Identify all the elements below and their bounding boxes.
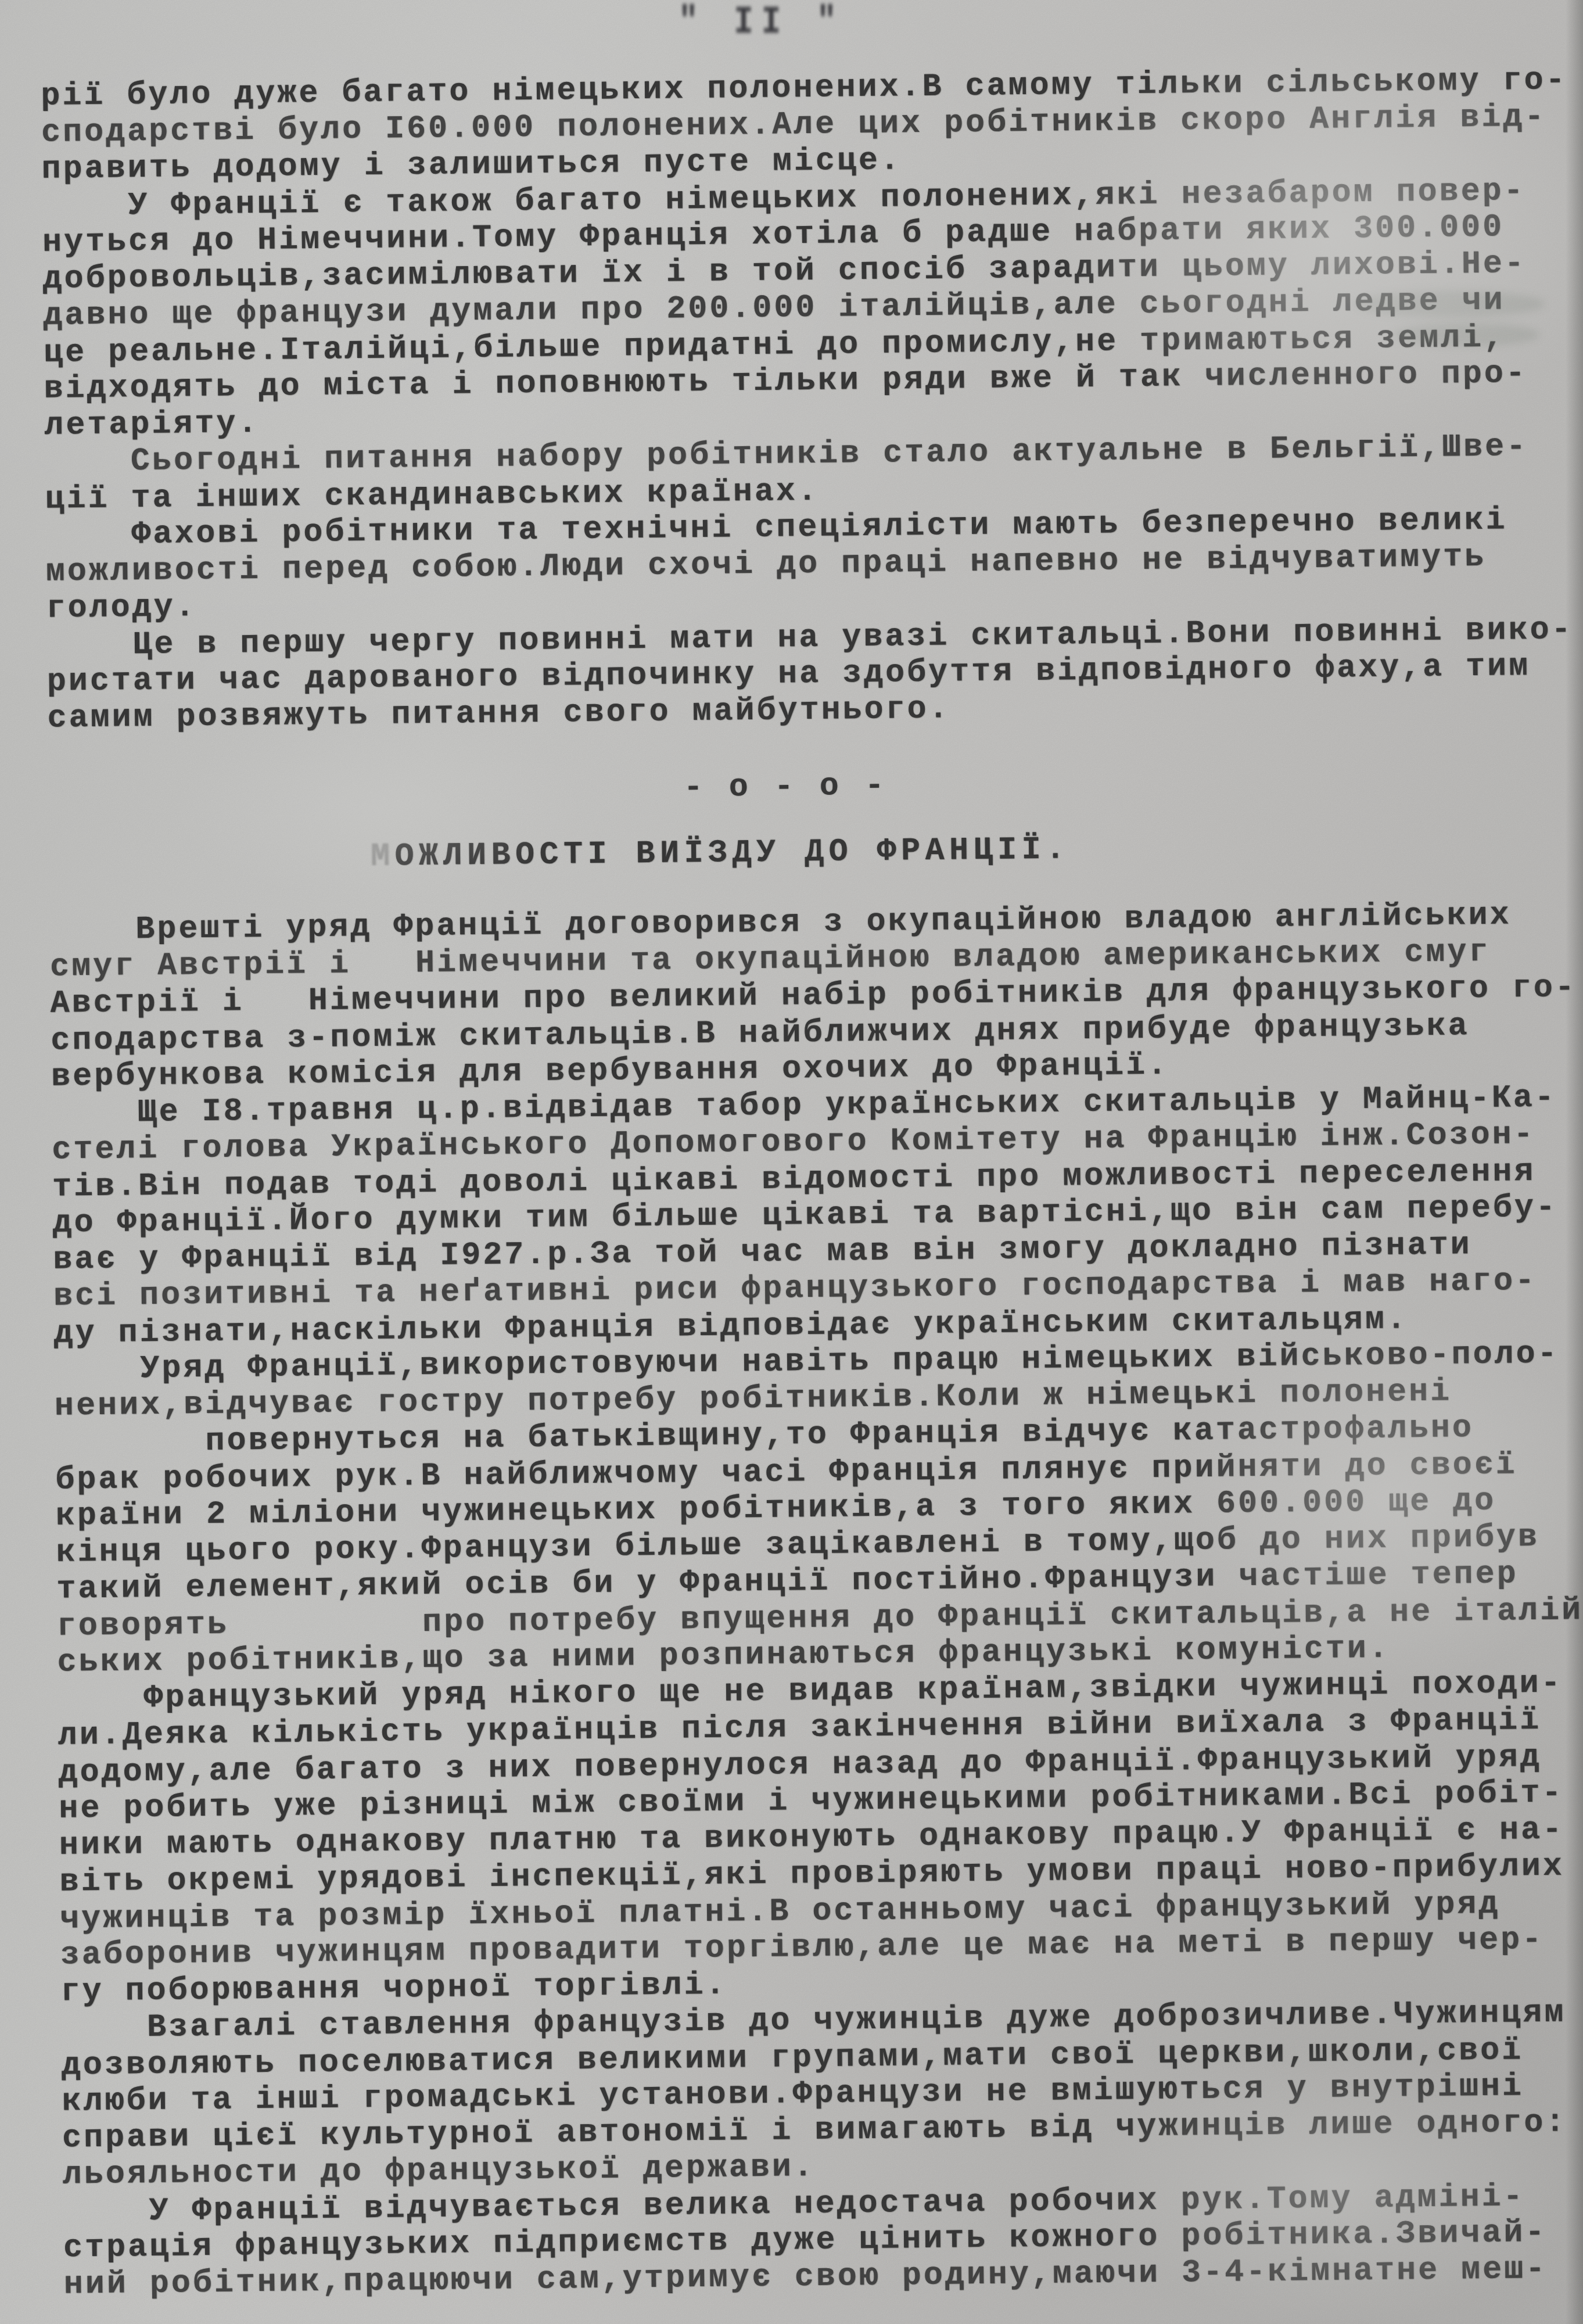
page-content: рії було дуже багато німецьких полонених… xyxy=(41,62,1583,2303)
article-france-title-text: ОЖЛИВОСТІ ВИЇЗДУ ДО ФРАНЦІЇ. xyxy=(394,831,1070,874)
article-prisoners-lines: рії було дуже багато німецьких полонених… xyxy=(41,62,1570,736)
page-number-mark: " ІІ " xyxy=(679,0,845,44)
section-divider: - о - о - xyxy=(48,760,1571,812)
article-france-title-initial: М xyxy=(371,838,395,874)
article-prisoners-continuation: рії було дуже багато німецьких полонених… xyxy=(41,62,1570,736)
article-france: Врешті уряд Франції договорився з окупац… xyxy=(49,896,1583,2303)
article-france-title: МОЖЛИВОСТІ ВИЇЗДУ ДО ФРАНЦІЇ. xyxy=(371,826,1571,875)
scanned-typewritten-page: " ІІ " рії було дуже багато німецьких по… xyxy=(0,0,1583,2324)
article-france-lines: Врешті уряд Франції договорився з окупац… xyxy=(49,896,1583,2303)
